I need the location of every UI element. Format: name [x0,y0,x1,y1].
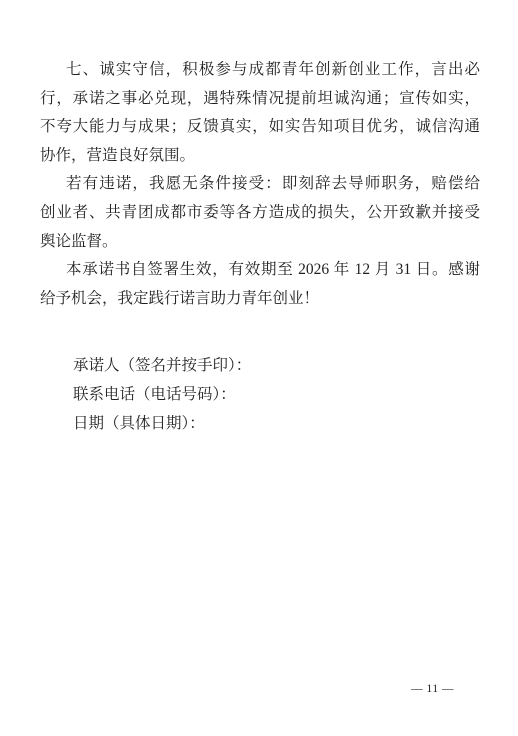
document-line: 不夸大能力与成果；反馈真实，如实告知项目优劣，诚信沟通 [40,113,480,142]
signature-name-line: 承诺人（签名并按手印）： [40,352,480,381]
document-line: 协作，营造良好氛围。 [40,142,480,171]
paragraph-validity-period: 本承诺书自签署生效，有效期至 2026 年 12 月 31 日。感谢 给予机会，… [40,256,480,313]
signature-phone-line: 联系电话（电话号码）： [40,381,480,410]
page-number: — 11 — [411,683,454,695]
document-line: 给予机会，我定践行诺言助力青年创业！ [40,285,480,314]
document-line: 七、诚实守信，积极参与成都青年创新创业工作，言出必 [40,56,480,85]
document-line: 行，承诺之事必兑现，遇特殊情况提前坦诚沟通；宣传如实， [40,85,480,114]
document-body: 七、诚实守信，积极参与成都青年创新创业工作，言出必 行，承诺之事必兑现，遇特殊情… [40,56,480,438]
document-page: 七、诚实守信，积极参与成都青年创新创业工作，言出必 行，承诺之事必兑现，遇特殊情… [0,0,518,736]
paragraph-breach-consequences: 若有违诺，我愿无条件接受：即刻辞去导师职务，赔偿给 创业者、共青团成都市委等各方… [40,170,480,256]
document-line: 本承诺书自签署生效，有效期至 2026 年 12 月 31 日。感谢 [40,256,480,285]
document-line: 创业者、共青团成都市委等各方造成的损失，公开致歉并接受 [40,199,480,228]
signature-date-line: 日期（具体日期）： [40,410,480,439]
paragraph-honesty-clause: 七、诚实守信，积极参与成都青年创新创业工作，言出必 行，承诺之事必兑现，遇特殊情… [40,56,480,170]
document-line: 若有违诺，我愿无条件接受：即刻辞去导师职务，赔偿给 [40,170,480,199]
document-line: 舆论监督。 [40,228,480,257]
signature-block: 承诺人（签名并按手印）： 联系电话（电话号码）： 日期（具体日期）： [40,352,480,438]
